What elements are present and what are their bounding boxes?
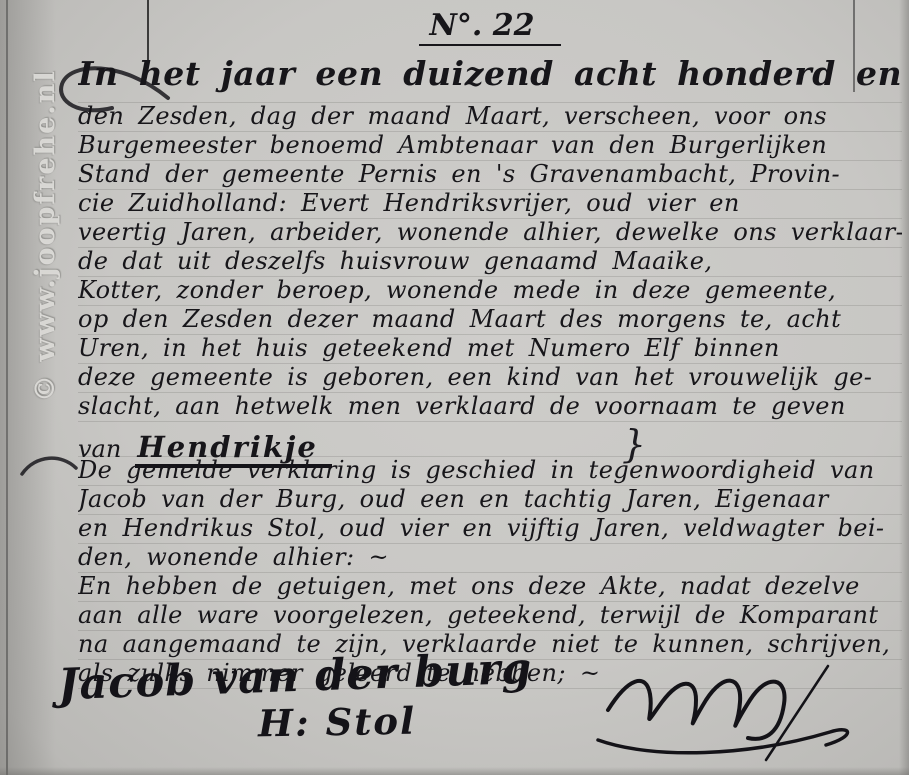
act-line: Kotter, zonder beroep, wonende mede in d… bbox=[78, 277, 902, 306]
act-line: veertig Jaren, arbeider, wonende alhier,… bbox=[78, 219, 902, 248]
illegible-signature-flourish bbox=[590, 648, 890, 768]
act-line: De gemelde verklaring is geschied in teg… bbox=[78, 457, 902, 486]
scanned-birth-record-page: © www.joopfrehe.nl N°. 22 In het jaar ee… bbox=[0, 0, 909, 775]
act-text: N°. 22 In het jaar een duizend acht hond… bbox=[78, 6, 902, 689]
act-line-witness1: Jacob van der Burg, oud een en tachtig J… bbox=[78, 486, 902, 515]
act-number: N°. 22 bbox=[78, 6, 902, 50]
child-name-line: van Hendrikje } bbox=[78, 422, 902, 457]
act-line: aan alle ware voorgelezen, geteekend, te… bbox=[78, 602, 902, 631]
witness-signature-h-stol: H: Stol bbox=[258, 699, 417, 746]
copyright-watermark: © www.joopfrehe.nl bbox=[30, 69, 61, 402]
act-line: den, wonende alhier: ~ bbox=[78, 544, 902, 573]
act-line: Uren, in het huis geteekend met Numero E… bbox=[78, 335, 902, 364]
act-line: den Zesden, dag der maand Maart, versche… bbox=[78, 103, 902, 132]
scan-shadow-bottom bbox=[0, 767, 909, 775]
act-line-father-name: cie Zuidholland: Evert Hendriksvrijer, o… bbox=[78, 190, 902, 219]
act-line-mother-name: de dat uit deszelfs huisvrouw genaamd Ma… bbox=[78, 248, 902, 277]
page-edge-line bbox=[6, 0, 8, 775]
act-number-value: N°. 22 bbox=[419, 8, 560, 46]
act-line-birth-date: op den Zesden dezer maand Maart des morg… bbox=[78, 306, 902, 335]
act-line: En hebben de getuigen, met ons deze Akte… bbox=[78, 573, 902, 602]
act-line: slacht, aan hetwelk men verklaard de voo… bbox=[78, 393, 902, 422]
act-line: Stand der gemeente Pernis en 's Gravenam… bbox=[78, 161, 902, 190]
act-line: Burgemeester benoemd Ambtenaar van den B… bbox=[78, 132, 902, 161]
act-line-opening: In het jaar een duizend acht honderd en … bbox=[78, 50, 902, 103]
act-line: deze gemeente is geboren, een kind van h… bbox=[78, 364, 902, 393]
act-line-witness2: en Hendrikus Stol, oud vier en vijftig J… bbox=[78, 515, 902, 544]
